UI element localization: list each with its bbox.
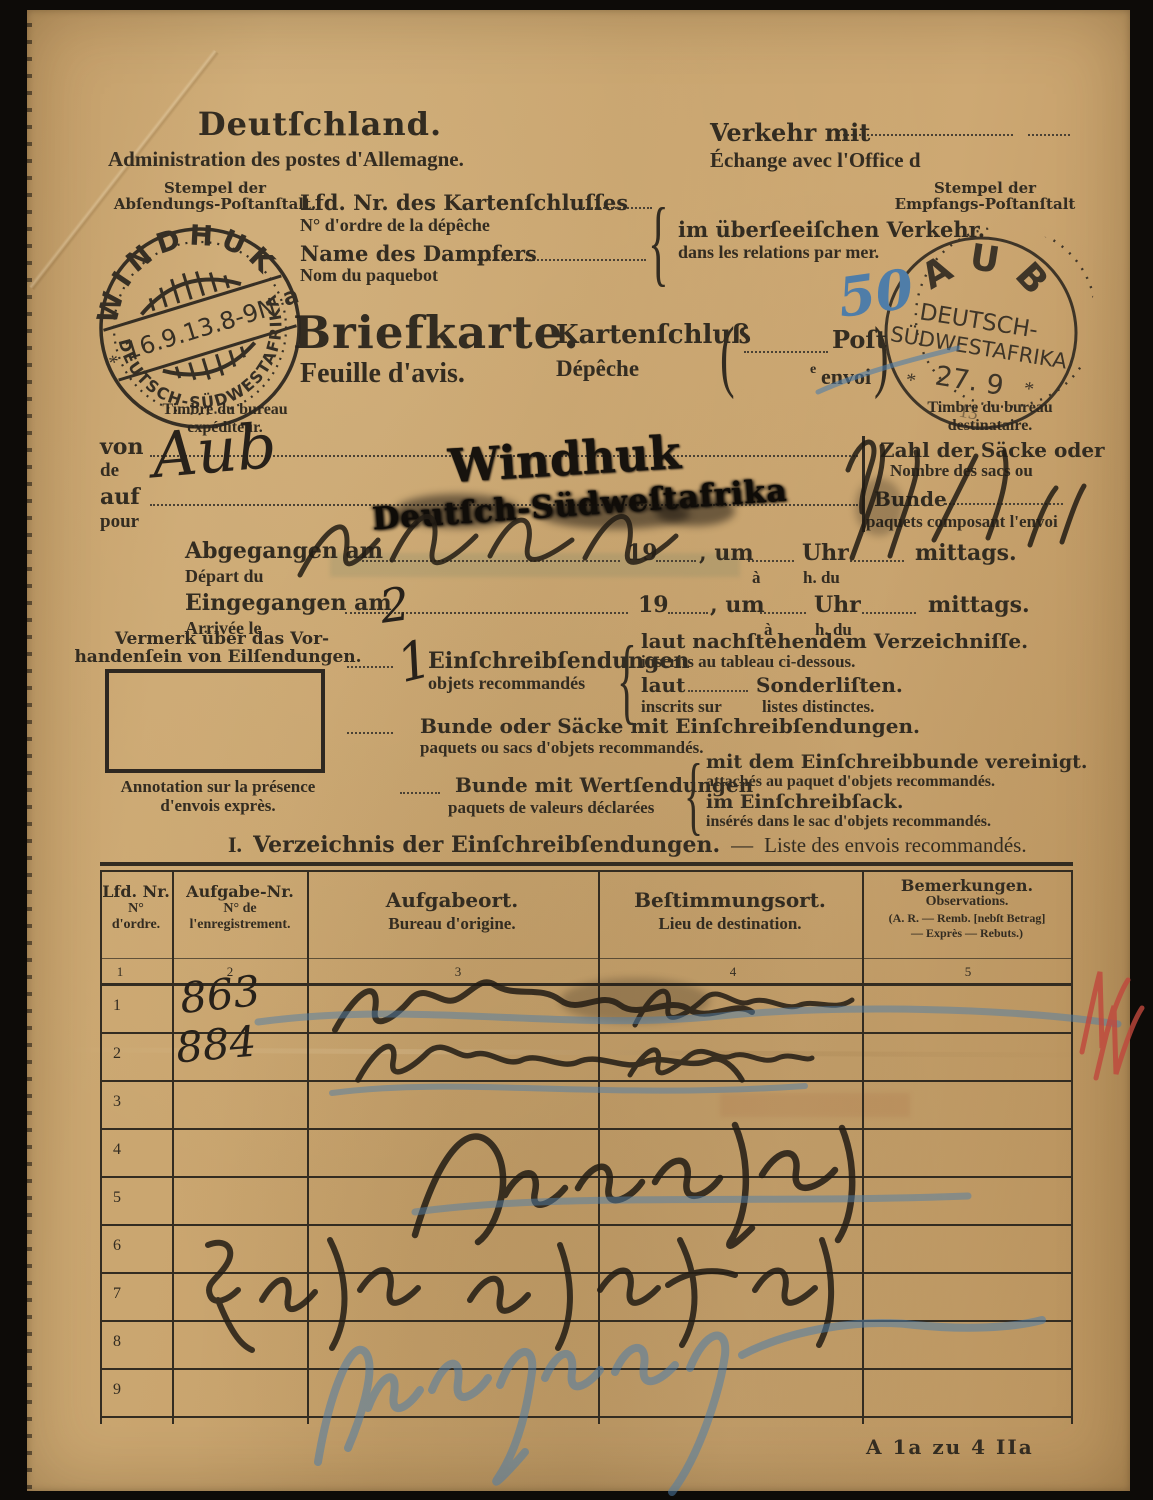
laut-verzeichnis-fr: inscrits au tableau ci-dessous. [641,653,855,670]
receiver-stamp-label-2: Empfangs-Poſtanſtalt [895,197,1076,212]
grouping-brace: { [648,196,669,292]
dotted-line [760,610,806,614]
depart-label: Départ du [185,567,264,585]
table-vline [598,872,600,1424]
col5-header-note2: — Exprès — Rebuts.) [911,927,1023,939]
col4-header-fr: Lieu de destination. [658,915,801,932]
show-through-smudge [720,1093,910,1117]
col-number: 4 [730,965,737,978]
stamp-year: 13 [957,401,979,425]
form-code: A 1a zu 4 IIa [866,1437,1034,1457]
bunde-saecke-fr: paquets ou sacs d'objets recommandés. [420,739,704,756]
table-row-line [100,1224,1073,1226]
dotted-line [656,558,696,562]
uhr-label: Uhr [802,542,849,564]
row-number: 5 [113,1190,121,1206]
col3-header-de: Aufgabeort. [386,890,518,910]
express-annotation-box [105,669,325,773]
stamp-star: * [904,369,917,392]
col2-header-fr2: l'enregistrement. [190,918,291,932]
laut-sonderlisten-de-a: laut [641,675,685,695]
form-title-de: Briefkarte. [293,310,580,355]
de-label: de [100,461,119,480]
laut-sonderlisten-fr-a: inscrits sur [641,698,722,715]
table-row-line [100,1368,1073,1370]
dotted-line [748,558,794,562]
section-title-de: Verzeichnis der Einſchreibſendungen. [253,832,720,858]
einschreib-label-fr: objets recommandés [428,674,585,692]
grouping-brace: { [684,752,703,840]
lfd-nr-label-fr: N° d'ordre de la dépêche [300,216,490,234]
col1-header-fr2: d'ordre. [112,918,160,932]
handwritten-registration-number-row1: 863 [178,970,262,1020]
handwritten-registration-number-row2: 884 [174,1021,258,1070]
table-double-rule-thick [100,862,1073,866]
col5-header-fr: Observations. [926,895,1009,909]
uhr-label: Uhr [814,594,861,616]
vereinigt-de: mit dem Einſchreibbunde vereinigt. [706,753,1088,772]
mittags-label: mittags. [915,542,1017,564]
verkehr-mit-label: Verkehr mit [710,121,870,145]
sacks-label-de: Zahl der Säcke oder [880,440,1105,460]
section-dash: — [731,832,753,857]
eingegangen-label: Eingegangen am [185,592,392,614]
uebersee-label-fr: dans les relations par mer. [678,243,879,261]
table-row-line [100,1320,1073,1322]
col-number: 1 [117,965,124,978]
show-through-smudge [330,553,740,577]
row-number: 4 [113,1142,121,1158]
dotted-line [400,790,440,794]
dotted-line [744,349,828,353]
country-title: Deutſchland. [198,108,442,140]
einschreibsack-fr: insérés dans le sac d'objets recommandés… [706,814,991,830]
row-number: 6 [113,1238,121,1254]
envoi-sup: e [810,363,816,377]
envoi-suffix: envoi [821,366,871,388]
col4-header-de: Beſtimmungsort. [634,890,826,910]
table-header-rule [100,958,1073,959]
stamp-date: 27. 9 [933,361,1006,402]
abgegangen-label: Abgegangen am [185,540,383,562]
dotted-line [1028,132,1070,136]
express-note-de-1: Vermerk über das Vor- [115,631,329,648]
receiver-postmark-aub: AUB DEUTSCH- SÜDWESTAFRIKA 27. 9 * * 13 [861,213,1101,453]
year-prefix: 19 [627,542,658,564]
row-number: 2 [113,1046,121,1062]
table-vline [100,872,102,1424]
row-number: 1 [113,998,121,1014]
dotted-line [688,688,748,692]
row-number: 7 [113,1286,121,1302]
dotted-line [668,610,708,614]
echange-label: Échange avec l'Office d [710,150,921,171]
row-number: 8 [113,1334,121,1350]
paren-open: ( [720,316,735,396]
laut-sonderlisten-fr-b: listes distinctes. [762,698,874,715]
handwritten-origin-town: Aub [150,415,279,488]
ink-smudge [655,496,735,526]
table-row-line [100,1128,1073,1130]
row-number: 9 [113,1382,121,1398]
table-row-line [100,1272,1073,1274]
col3-header-fr: Bureau d'origine. [388,915,515,932]
express-note-de-2: handenſein von Eilſendungen. [74,649,361,666]
col1-header-de: Lfd. Nr. [102,884,170,900]
table-vline [1071,872,1073,1424]
handwritten-arrival-mark: 2 [377,580,412,630]
receiver-stamp-label-1: Stempel der [934,181,1036,196]
um-label: , um [710,594,765,616]
a-label: à [752,569,761,586]
ink-smudge [560,978,710,1023]
pour-label: pour [100,512,139,531]
express-note-fr-1: Annotation sur la présence [121,778,316,795]
express-note-fr-2: d'envois exprès. [160,797,275,814]
col-number: 3 [455,965,462,978]
table-row-line [100,1080,1073,1082]
col-number: 5 [965,965,972,978]
handstamp-windhuk-line1: Windhuk [447,429,682,489]
table-vline [307,872,309,1424]
table-row-line [100,1176,1073,1178]
dotted-line [945,501,1063,505]
col5-header-note1: (A. R. — Remb. [nebſt Betrag] [889,912,1046,924]
scanned-postal-form: { "header": { "de_title": "Deutſchland."… [0,0,1153,1500]
vereinigt-fr: attachés au paquet d'objets recommandés. [706,774,995,790]
dotted-line [850,558,904,562]
dampfer-label-fr: Nom du paquebot [300,266,438,284]
lfd-nr-label-de: Lfd. Nr. des Kartenſchluſſes [300,192,628,213]
laut-sonderlisten-de-b: Sonderliſten. [756,675,903,695]
table-vline [862,872,864,1424]
bunde-saecke-de: Bunde oder Säcke mit Einſchreibſendungen… [420,716,920,736]
table-vline [172,872,174,1424]
handwritten-dispatch-number: 50 [835,261,917,325]
auf-label: auf [100,486,140,508]
dotted-line [362,558,620,562]
einschreibsack-de: im Einſchreibſack. [706,793,903,812]
row-number: 3 [113,1094,121,1110]
col1-header-fr1: N° [128,902,144,916]
year-prefix: 19 [638,594,669,616]
table-double-rule-thin [100,870,1073,872]
ink-smudge [395,494,520,528]
col2-header-de: Aufgabe-Nr. [186,884,294,900]
wertsendungen-fr: paquets de valeurs déclarées [448,799,654,816]
dotted-line [862,610,916,614]
depeche-label: Dépêche [556,357,639,380]
dotted-line [347,730,393,734]
mittags-label: mittags. [928,594,1030,616]
col2-header-fr1: N° de [223,902,256,916]
ink-smudge [855,478,903,536]
h-du-label: h. du [803,569,840,586]
table-bottom-line [100,1416,1073,1418]
sender-stamp-label-1: Stempel der [164,181,266,196]
stamp-star: * [1022,378,1035,401]
administration-subtitle: Administration des postes d'Allemagne. [108,149,464,170]
section-number: I. [228,832,242,857]
um-label: , um [699,542,754,564]
sacks-label-fr: Nombre des sacs ou [890,462,1033,479]
dampfer-label-de: Name des Dampfers [300,243,537,264]
section-title-fr: Liste des envois recommandés. [764,833,1026,857]
col5-header-de: Bemerkungen. [901,878,1033,894]
table-section-title: I. Verzeichnis der Einſchreibſendungen. … [228,834,1027,856]
laut-verzeichnis-de: laut nachſtehendem Verzeichniſſe. [641,631,1028,651]
